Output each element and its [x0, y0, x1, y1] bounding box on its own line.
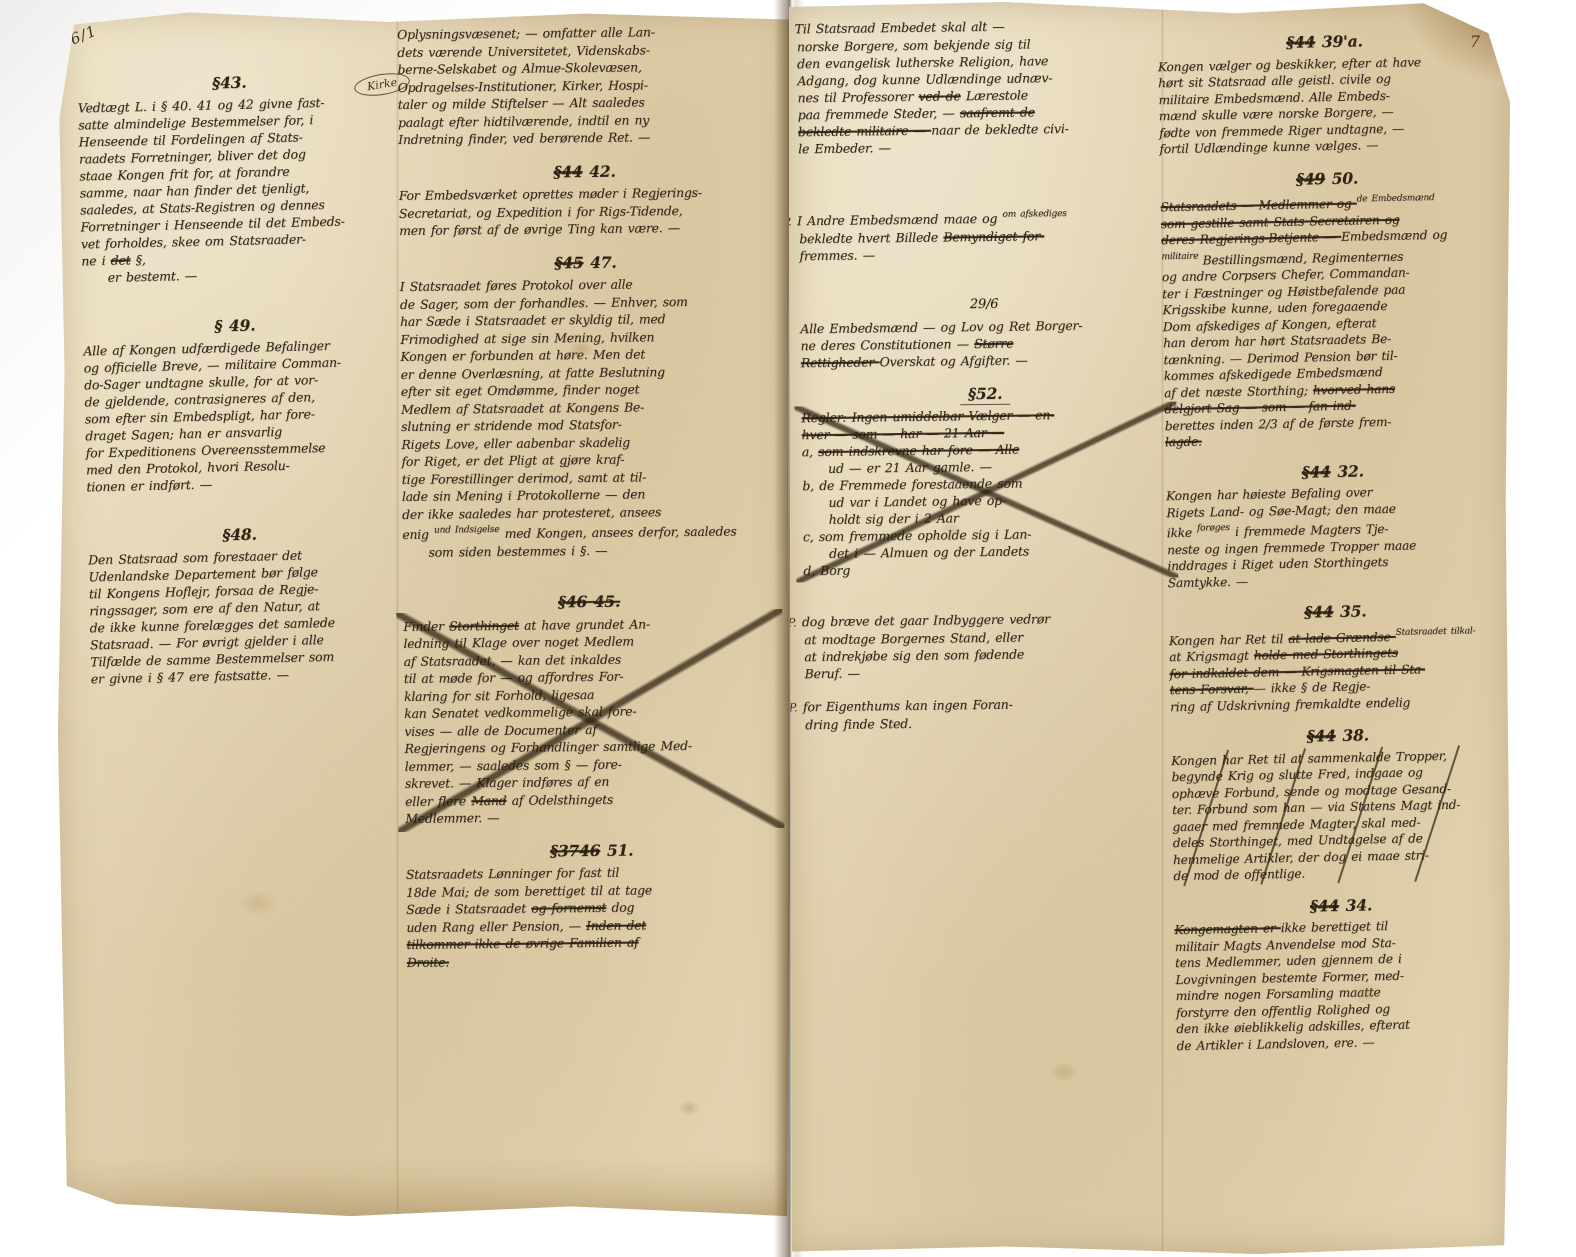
text-segment: Beruf. — [804, 666, 859, 682]
text-segment: Krigsskibe kunne, uden foregaaende [1162, 299, 1387, 317]
text-segment: Frimodighed at sige sin Mening, hvilken [400, 329, 654, 347]
manuscript-paragraph: Oplysningsvæsenet; — omfatter alle Lan-d… [397, 22, 770, 148]
heading-part: 32. [1330, 461, 1363, 481]
text-segment: c, [803, 529, 819, 544]
struck-text: bekledte militaire — [798, 123, 931, 140]
heading-part: §43. [212, 73, 247, 93]
section-heading-text: § 49. [214, 316, 255, 336]
section-heading-text: §52. [960, 384, 1011, 406]
manuscript-paragraph: Den Statsraad som forestaaer detUdenland… [88, 545, 395, 688]
text-segment: ne deres Constitutionen — [800, 336, 974, 353]
text-segment: berettes inden 2/3 af de første frem- [1165, 414, 1392, 432]
struck-text: saafremt de [960, 104, 1035, 120]
manuscript-paragraph: Statsraadets Lønninger for fast til18de … [406, 862, 779, 971]
text-segment: §, [130, 252, 145, 267]
interlinear-insertion: om afskediges [1002, 209, 1066, 220]
text-segment: er bestemt. — [108, 268, 198, 285]
text-segment: er denne Overlæsning, at fatte Beslutnin… [401, 364, 665, 382]
manuscript-paragraph: Alle af Kongen udfærdigede Befalingerog … [83, 336, 390, 496]
text-segment: den evangelisk lutherske Religion, have [797, 53, 1048, 71]
section-heading: §44 38. [1171, 725, 1505, 748]
manuscript-paragraph: I Statsraadet føres Protokol over allede… [400, 274, 775, 561]
heading-part: 35. [1333, 601, 1366, 621]
text-segment: nes til Professorer [797, 89, 918, 105]
text-segment: inddrages i Riget uden Storthingets [1167, 555, 1388, 573]
text-segment: d, [803, 563, 820, 578]
right-page-column-2: §44 39'a.Kongen vælger og beskikker, eft… [1157, 19, 1511, 1064]
heading-part: 51. [600, 840, 633, 859]
manuscript-spread: 6/1 Kirke §43.Vedtægt L. i § 40. 41 og 4… [0, 0, 1576, 1257]
text-segment: vises — alle de Documenter af [404, 721, 596, 738]
text-segment: der ikke saaledes har protesteret, ansee… [402, 504, 661, 522]
text-segment: Alle Embedsmænd — og Lov og Ret Borger- [800, 318, 1082, 336]
manuscript-paragraph: P.dog bræve det gaar Indbyggere vedrørat… [804, 609, 1173, 682]
left-page-column-1: §43.Vedtægt L. i § 40. 41 og 42 givne fa… [77, 59, 395, 698]
manuscript-paragraph: Vedtægt L. i § 40. 41 og 42 givne fast-s… [78, 93, 386, 287]
text-segment: Alle Embeds- [1309, 88, 1390, 104]
manuscript-line: men for først af de øvrige Ting kan være… [399, 218, 771, 239]
section-heading: §44 39'a. [1157, 31, 1491, 54]
text-segment: a, [802, 444, 818, 459]
section-heading-text: §44 34. [1310, 895, 1372, 915]
text-segment: ne i [81, 253, 111, 269]
text-segment: Kongen har Ret til [1169, 631, 1289, 647]
manuscript-paragraph: Statsraadets — Medlemmer og de Embedsmæn… [1160, 189, 1499, 451]
right-page: 7 P.Til Statsraad Embedet skal alt —nors… [789, 2, 1510, 1254]
text-segment: med den Protokol, hvori Resolu- [86, 458, 290, 478]
text-segment: Samtykke. — [1168, 574, 1248, 590]
folio-mark: 6/1 [68, 22, 100, 49]
struck-text: som indskrevne har fore — Alle [818, 442, 1019, 459]
heading-part: §45 [554, 253, 583, 272]
left-page: 6/1 Kirke §43.Vedtægt L. i § 40. 41 og 4… [58, 10, 790, 1216]
text-segment: Kongen har høieste Befaling over [1166, 485, 1372, 503]
heading-part: §52. [968, 384, 1003, 403]
manuscript-paragraph: Kongen vælger og beskikker, efter at hav… [1158, 52, 1494, 157]
text-segment: bekledte hvert Billede [799, 229, 943, 246]
text-segment: Rigets Love, eller aabenbar skadelig [401, 434, 630, 451]
struck-text: tens Forsvar, [1170, 682, 1254, 698]
text-segment: Opdragelses-Institutioner, Kirker, Hospi… [398, 77, 648, 95]
text-segment: For Embedsværket oprettes møder i Regjer… [399, 185, 702, 203]
text-segment: ikke berettiget til [1281, 919, 1388, 935]
struck-text: det [111, 252, 131, 267]
text-segment: Finder [403, 618, 449, 633]
text-segment: dets værende Universitetet, Videnskabs- [397, 42, 650, 60]
struck-text: Kongemagten er [1174, 921, 1281, 937]
text-segment: klaring for sit Forhold, ligesaa [404, 686, 594, 703]
text-segment: Embedsmænd og [1341, 228, 1447, 244]
text-segment: at modtage Borgernes Stand, eller [804, 630, 1023, 648]
text-segment: ud var i Landet og have op- [828, 493, 1006, 510]
text-segment: slutning er stridende mod Statsfor- [401, 417, 622, 434]
section-heading: §46 45. [403, 591, 775, 612]
struck-text: Droite. [407, 954, 449, 969]
heading-part: §49 [1296, 169, 1325, 189]
section-heading: §43. [77, 71, 381, 95]
section-heading-text: §3746 51. [550, 840, 634, 860]
manuscript-paragraph: Regler: Ingen umiddelbar Vælger — en-hve… [801, 405, 1171, 579]
manuscript-paragraph: Kongen har høieste Befaling overRigets L… [1166, 482, 1502, 591]
text-segment: I Andre Embedsmænd maae og [797, 211, 1003, 229]
manuscript-paragraph: Kongen har Ret til at sammenkalde Troppe… [1171, 746, 1507, 884]
text-segment: mindre nogen Forsamling maatte [1176, 985, 1381, 1003]
section-heading: §44 34. [1174, 894, 1508, 917]
struck-text: Større [974, 336, 1013, 351]
section-heading-text: §49 50. [1296, 168, 1358, 188]
text-segment: de Fremmede forestaaende som [819, 476, 1022, 493]
text-segment: dog [606, 900, 634, 915]
section-heading: §3746 51. [406, 840, 778, 861]
heading-part: 34. [1339, 895, 1372, 915]
section-heading: § 49. [83, 314, 387, 338]
heading-part: 42. [582, 161, 615, 180]
text-segment: uden Rang eller Pension, — [406, 918, 586, 935]
section-heading: §44 42. [398, 161, 770, 182]
manuscript-paragraph: Finder Storthinget at have grundet An-le… [403, 614, 777, 828]
manuscript-line: Medlemmer. — [405, 806, 777, 827]
struck-text: holde med Storthingets [1254, 646, 1398, 663]
text-segment: ledning til Klage over noget Medlem [403, 634, 634, 651]
margin-paragraph-mark: P. [788, 614, 802, 631]
text-segment: Adgang, dog kunne Udlændinge udnæv- [797, 70, 1052, 88]
struck-text: Bemyndiget for- [943, 228, 1044, 244]
text-segment: — ikke § de Regje- [1254, 679, 1371, 695]
manuscript-paragraph: Alle Embedsmænd — og Lov og Ret Borger-n… [800, 316, 1169, 371]
manuscript-line: enig und Indsigelse med Kongen, ansees d… [402, 519, 774, 543]
section-heading-text: §45 47. [554, 252, 616, 272]
text-segment: Overskat og Afgifter. — [879, 352, 1027, 369]
text-segment: de Artikler i Landsloven, ere. — [1177, 1035, 1375, 1053]
text-segment: Sæde i Statsraadet [406, 901, 531, 917]
section-heading-text: §44 35. [1304, 601, 1366, 621]
heading-part: §48. [222, 525, 257, 545]
struck-text: Inden det [586, 917, 646, 933]
struck-text: Rettigheder [801, 354, 880, 370]
text-segment: efter sit eget Omdømme, finder noget [401, 381, 640, 398]
text-segment: af Statsraadet, — kan det inkaldes [404, 651, 622, 668]
interlinear-insertion: und Indsigelse [434, 525, 500, 536]
heading-part: 47. [583, 252, 616, 271]
text-segment: naar de bekledte civi- [931, 121, 1069, 138]
interlinear-insertion: de Embedsmænd [1357, 193, 1435, 204]
text-segment: militaire Embedsmænd. [1158, 90, 1309, 107]
text-segment: lemmer, — saaledes som § — fore- [405, 756, 622, 773]
manuscript-paragraph: Kongen har Ret til at lade Grændse Stats… [1169, 622, 1505, 715]
manuscript-line: som siden bestemmes i §. — [402, 540, 774, 561]
manuscript-line: fremmes. — [799, 243, 1167, 264]
text-segment: holdt sig der i 2 Aar [829, 510, 959, 527]
left-page-column-2: Oplysningsvæsenet; — omfatter alle Lan-d… [397, 22, 779, 981]
struck-text: Mand [471, 792, 506, 807]
struck-text: lagde. [1165, 435, 1202, 450]
text-segment: Lærestole [961, 87, 1028, 103]
text-segment: kan Senatet vedkommelige skal fore- [404, 704, 636, 721]
text-segment: 18de Mai; de som berettiget til at tage [406, 882, 652, 900]
text-segment: Medlemmer. — [405, 810, 499, 826]
struck-text: hver — som — har — 21 Aar — [802, 425, 1005, 442]
text-segment: paa fremmede Steder, — [798, 105, 960, 122]
text-segment: dring finde Sted. [805, 716, 912, 732]
manuscript-paragraph: P.Til Statsraad Embedet skal alt —norske… [797, 16, 1167, 157]
text-segment: er givne i § 47 ere fastsatte. — [91, 667, 289, 686]
text-segment: Medlem af Statsraadet at Kongens Be- [401, 399, 644, 417]
text-segment: le Embeder. — [798, 140, 891, 156]
interlinear-insertion: Statsraadet tilkal- [1396, 626, 1476, 638]
manuscript-line: le Embeder. — [798, 136, 1166, 157]
paper-stain [678, 1100, 700, 1116]
text-segment: Kongen er forbunden at høre. Men det [400, 346, 645, 364]
heading-part: §44 [1301, 462, 1330, 482]
struck-text: delgjort Sag — som — fan ind- [1164, 399, 1355, 417]
text-segment: paalagt efter hidtilværende, indtil en n… [398, 112, 649, 130]
text-segment: som siden bestemmes i §. — [428, 542, 607, 559]
text-segment: fremmes. — [799, 247, 875, 263]
text-segment: for Eigenthums kan ingen Foran- [803, 697, 1013, 715]
struck-text: og fornemst [531, 900, 606, 916]
heading-part: §44 [553, 162, 582, 181]
text-segment: Regjeringens og Forhandlinger samtlige M… [404, 738, 691, 756]
text-segment: han derom har hørt Statsraadets Be- [1163, 332, 1391, 350]
text-segment: tige Forestillinger derimod, samt at til… [402, 469, 647, 487]
text-segment: dog bræve det gaar Indbyggere vedrør [802, 611, 1050, 629]
interlinear-insertion: forøges [1197, 523, 1230, 534]
text-segment: Indretning finder, ved berørende Ret. — [398, 129, 650, 147]
text-segment: at Krigsmagt [1169, 649, 1254, 665]
section-heading: §45 47. [399, 252, 771, 273]
text-segment: taler og milde Stiftelser — Alt saaledes [398, 94, 645, 112]
text-segment: med Kongen, ansees derfor, saaledes [499, 523, 736, 540]
section-heading: §44 32. [1166, 460, 1500, 483]
struck-text: Statsraadets — Medlemmer og [1160, 197, 1356, 215]
text-segment: Secretariat, og Expedition i for Rigs-Ti… [399, 202, 683, 220]
heading-part: §44 [1304, 602, 1333, 622]
text-segment: men for først af de øvrige Ting kan være… [399, 220, 680, 238]
text-segment: lade sin Mening i Protokollerne — den [402, 486, 645, 504]
heading-part: §37 [550, 841, 579, 860]
section-heading-text: §44 38. [1306, 725, 1368, 745]
heading-part: §46 [558, 592, 587, 611]
text-segment: ud — er 21 Aar gamle. — [828, 459, 992, 476]
text-segment: Oplysningsvæsenet; — omfatter alle Lan- [397, 24, 655, 42]
text-segment: enig [402, 527, 434, 542]
manuscript-paragraph: P.for Eigenthums kan ingen Foran-dring f… [805, 694, 1173, 733]
manuscript-line: Rettigheder Overskat og Afgifter. — [801, 350, 1169, 371]
heading-part: 46 [579, 840, 600, 859]
text-segment: som fremmede opholde sig i Lan- [819, 526, 1032, 544]
text-segment: for Riget, er det Pligt at gjøre kraf- [401, 452, 624, 469]
text-segment: berne-Selskabet og Almue-Skolevæsen, [397, 59, 641, 77]
text-segment: i fremmede Magters Tje- [1230, 522, 1389, 539]
text-segment: de mod de offentlige. [1173, 867, 1305, 884]
section-heading-text: §43. [212, 73, 247, 93]
heading-part: §44 [1306, 726, 1335, 746]
section-heading: 29/6 [800, 294, 1168, 315]
text-segment: det i — Almuen og der Landets [829, 543, 1029, 560]
section-heading: §48. [87, 523, 391, 547]
struck-text: Storthinget [449, 617, 519, 633]
section-heading: §52. [801, 383, 1169, 404]
text-segment: Statsraadets Lønninger for fast til [406, 865, 619, 882]
manuscript-line: dring finde Sted. [805, 712, 1173, 733]
text-segment: Regimenternes [1312, 249, 1404, 265]
text-segment: har Sæde i Statsraadet er skyldig til, m… [400, 311, 665, 329]
text-segment: tens Medlemmer, uden gjennem de i [1175, 952, 1402, 970]
interlinear-insertion: militaire [1161, 251, 1202, 262]
struck-text: at lade Grændse [1288, 629, 1396, 645]
manuscript-paragraph: Kongemagten er ikke berettiget tilmilita… [1174, 916, 1510, 1054]
text-segment: den ikke øieblikkelig adskilles, efterat [1176, 1018, 1410, 1036]
heading-part: § 49. [214, 316, 255, 336]
text-segment: fortil Udlændinge kunne vælges. — [1159, 138, 1378, 156]
section-heading-text: 29/6 [970, 297, 999, 312]
text-segment: de Sager, som der forhandles. — Enhver, … [400, 293, 688, 311]
struck-text: tilkommer ikke de øvrige Familien af [407, 934, 639, 951]
text-segment: Til Statsraad Embedet skal alt — [795, 19, 1005, 37]
section-heading-text: §44 39'a. [1286, 31, 1363, 51]
text-segment: tionen er indført. — [86, 477, 212, 495]
heading-part: 38. [1336, 725, 1369, 745]
text-segment: Borg [820, 563, 850, 578]
text-segment: af det næste Storthing; [1164, 383, 1313, 400]
struck-text: Regler: Ingen umiddelbar Vælger — en- [801, 407, 1054, 425]
struck-text: ved de [918, 88, 960, 104]
heading-part: 45. [587, 592, 620, 611]
text-segment: b, [802, 478, 819, 493]
manuscript-paragraph: P.I Andre Embedsmænd maae og om afskedig… [799, 205, 1168, 264]
heading-part: §44 [1310, 895, 1339, 915]
manuscript-line: Indretning finder, ved berørende Ret. — [398, 127, 770, 148]
text-segment: at indrekjøbe sig den som fødende [804, 647, 1024, 665]
text-segment: eller flere [405, 793, 471, 809]
struck-text: for indkaldet dem — Krigsmagten til Sta- [1169, 662, 1425, 681]
section-heading: §44 35. [1168, 601, 1502, 624]
text-segment: ring af Udskrivning fremkaldte endelig [1170, 695, 1410, 714]
right-page-column-1: P.Til Statsraad Embedet skal alt —norske… [797, 16, 1174, 743]
text-segment: kommes afskedigede Embedsmænd [1164, 365, 1383, 383]
section-heading: §49 50. [1160, 167, 1494, 190]
text-segment: at have grundet An- [519, 616, 650, 632]
text-segment: til at møde for — og affordres For- [404, 669, 624, 686]
text-segment: Bestillingsmænd, [1202, 251, 1312, 267]
text-segment: ikke [1167, 526, 1198, 541]
manuscript-paragraph: For Embedsværket oprettes møder i Regjer… [399, 183, 772, 239]
margin-paragraph-mark: P. [789, 699, 803, 716]
section-heading-text: §48. [222, 525, 257, 545]
heading-part: 29/6 [970, 297, 999, 312]
text-segment: I Statsraadet føres Protokol over alle [400, 277, 633, 294]
heading-part: 50. [1325, 168, 1358, 188]
paper-stain [238, 890, 278, 916]
section-heading-text: §44 42. [553, 161, 615, 181]
section-heading-text: §44 32. [1301, 461, 1363, 481]
heading-part: §44 [1286, 32, 1315, 52]
paper-stain [1049, 1062, 1079, 1082]
text-segment: norske Borgere, som bekjende sig til [797, 36, 1031, 54]
heading-part: 39'a. [1315, 31, 1363, 51]
section-heading-text: §46 45. [558, 592, 620, 612]
struck-text: hvorved hans [1313, 381, 1395, 397]
text-segment: af Odelsthingets [506, 791, 613, 807]
text-segment: skrevet. — Klager indføres af en [405, 774, 609, 791]
text-segment: hemmelige Artikler, der dog ei maae stri… [1173, 848, 1429, 867]
struck-text: deres Regjerings-Betjente — [1161, 230, 1341, 247]
